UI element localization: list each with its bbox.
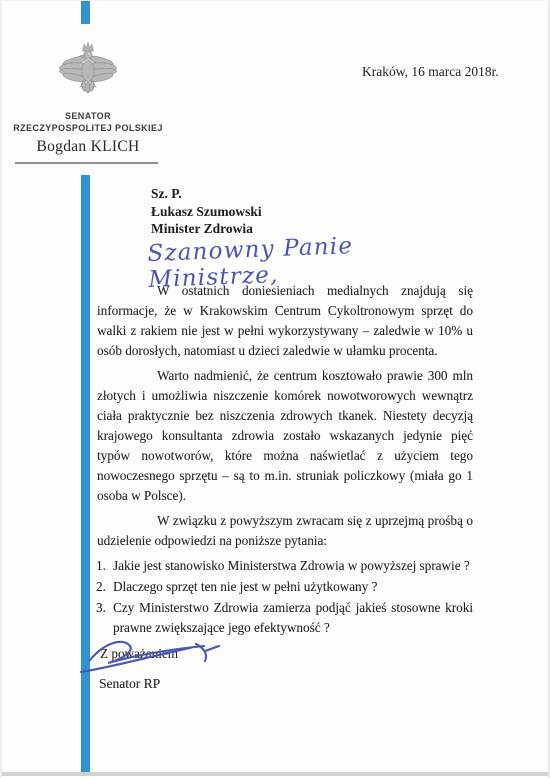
office-title-line2: RZECZYPOSPOLITEJ POLSKIEJ <box>7 122 169 134</box>
paragraph-3: W związku z powyższym zwracam się z uprz… <box>97 511 473 551</box>
scan-edge-top <box>0 0 550 1</box>
scan-edge-left <box>0 0 2 778</box>
letter-body: W ostatnich doniesieniach medialnych zna… <box>97 281 473 664</box>
handwritten-signature-icon <box>78 631 246 677</box>
question-item: 2. Dlaczego sprzęt ten nie jest w pełni … <box>96 577 473 597</box>
letterhead-divider <box>15 162 158 164</box>
question-text: Dlaczego sprzęt ten nie jest w pełni uży… <box>113 577 473 597</box>
blue-accent-bar-top <box>81 0 90 24</box>
question-number: 2. <box>96 577 113 597</box>
signer-role: Senator RP <box>99 676 160 692</box>
question-item: 1. Jakie jest stanowisko Ministerstwa Zd… <box>96 556 473 576</box>
scanned-letter-page: SENATOR RZECZYPOSPOLITEJ POLSKIEJ Bogdan… <box>0 0 550 778</box>
letterhead-block: SENATOR RZECZYPOSPOLITEJ POLSKIEJ Bogdan… <box>7 110 169 157</box>
polish-eagle-emblem-icon <box>55 36 121 108</box>
scan-edge-bottom <box>0 772 550 776</box>
recipient-block: Sz. P. Łukasz Szumowski Minister Zdrowia <box>151 185 262 238</box>
office-title-line1: SENATOR <box>7 110 169 122</box>
recipient-title: Minister Zdrowia <box>151 220 262 238</box>
sender-name: Bogdan KLICH <box>7 137 169 157</box>
blue-accent-bar-main <box>81 175 90 772</box>
question-text: Jakie jest stanowisko Ministerstwa Zdrow… <box>113 556 473 576</box>
questions-list: 1. Jakie jest stanowisko Ministerstwa Zd… <box>97 556 473 638</box>
question-number: 1. <box>96 556 113 576</box>
recipient-honorific: Sz. P. <box>151 185 262 203</box>
recipient-name: Łukasz Szumowski <box>151 203 262 221</box>
date-line: Kraków, 16 marca 2018r. <box>362 64 499 80</box>
paragraph-2: Warto nadmienić, że centrum kosztowało p… <box>97 366 473 506</box>
paragraph-1: W ostatnich doniesieniach medialnych zna… <box>97 281 473 361</box>
